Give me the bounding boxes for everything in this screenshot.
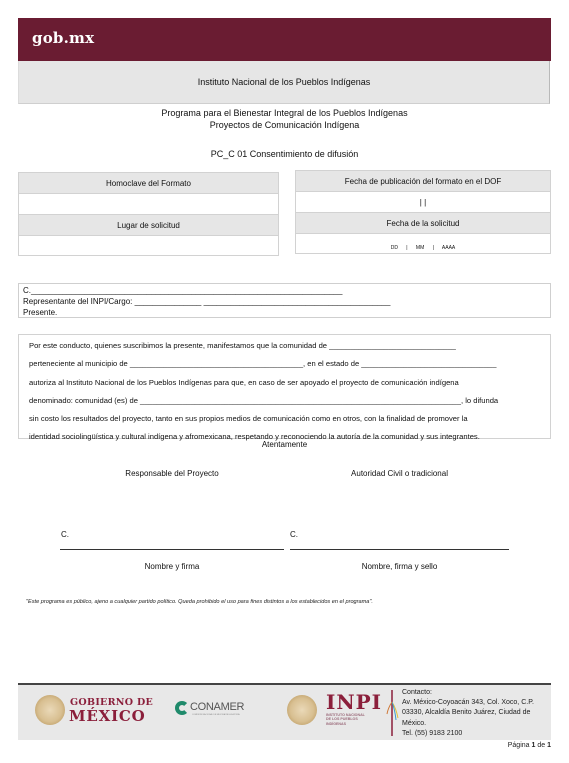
mexico-seal-icon bbox=[35, 695, 65, 725]
authority-caption: Nombre, firma y sello bbox=[290, 562, 509, 571]
body-line: Por este conducto, quienes suscribimos l… bbox=[29, 337, 540, 355]
form-title: PC_C 01 Consentimiento de difusión bbox=[0, 149, 569, 159]
body-line: perteneciente al municipio de __________… bbox=[29, 355, 540, 373]
contact-phone: Tel. (55) 9183 2100 bbox=[402, 729, 534, 739]
institution-band: Instituto Nacional de los Pueblos Indíge… bbox=[18, 61, 550, 104]
header-bar: gob.mx bbox=[18, 18, 551, 61]
page-prefix: Página bbox=[508, 742, 530, 749]
dof-date-label: Fecha de publicación del formato en el D… bbox=[296, 171, 551, 192]
responsible-prefix: C. bbox=[61, 530, 69, 539]
conamer-logo-icon bbox=[175, 701, 189, 715]
mexico-text: MÉXICO bbox=[69, 707, 146, 725]
inpi-text: INPI bbox=[326, 690, 382, 714]
inpi-subtext: INSTITUTO NACIONAL DE LOS PUEBLOS INDÍGE… bbox=[326, 713, 365, 726]
dates-table: Fecha de publicación del formato en el D… bbox=[295, 170, 551, 254]
consent-body: Por este conducto, quienes suscribimos l… bbox=[18, 334, 551, 439]
gob-mx-logo: gob.mx bbox=[32, 29, 94, 47]
responsible-caption: Nombre y firma bbox=[60, 562, 284, 571]
conamer-text: CONAMER bbox=[190, 701, 244, 713]
addressee-present: Presente. bbox=[23, 307, 546, 318]
lugar-label: Lugar de solicitud bbox=[19, 215, 279, 236]
inpi-seal-icon bbox=[287, 695, 317, 725]
lugar-field[interactable] bbox=[19, 236, 279, 256]
request-date-label: Fecha de la solicitud bbox=[296, 213, 551, 234]
contact-info: Contacto: Av. México-Coyoacán 343, Col. … bbox=[402, 688, 534, 739]
body-line: sin costo los resultados del proyecto, t… bbox=[29, 410, 540, 428]
page-current: 1 bbox=[531, 742, 535, 749]
page-total: 1 bbox=[547, 742, 551, 749]
homoclave-field[interactable] bbox=[19, 194, 279, 215]
request-date-field[interactable]: DD | MM | AAAA bbox=[296, 234, 551, 254]
contact-line: 03330, Alcaldía Benito Juárez, Ciudad de bbox=[402, 708, 534, 718]
page-number: Página 1 de 1 bbox=[508, 742, 551, 749]
contact-line: Av. México-Coyoacán 343, Col. Xoco, C.P. bbox=[402, 698, 534, 708]
institution-name: Instituto Nacional de los Pueblos Indíge… bbox=[198, 77, 371, 87]
homoclave-label: Homoclave del Formato bbox=[19, 173, 279, 194]
addressee-cargo-line[interactable]: Representante del INPI/Cargo: __________… bbox=[23, 296, 546, 307]
page-sep: de bbox=[537, 742, 545, 749]
addressee-name-line[interactable]: C.______________________________________… bbox=[23, 285, 546, 296]
authority-signature-line[interactable] bbox=[290, 549, 509, 550]
body-line: denominado: comunidad (es) de __________… bbox=[29, 392, 540, 410]
inpi-sub-line: INDÍGENAS bbox=[326, 722, 365, 726]
conamer-subtext: COMISIÓN NACIONAL DE MEJORA REGULATORIA bbox=[192, 714, 240, 716]
inpi-ribbon-icon bbox=[386, 688, 400, 738]
format-info-table: Homoclave del Formato Lugar de solicitud bbox=[18, 172, 279, 256]
authority-prefix: C. bbox=[290, 530, 298, 539]
closing-text: Atentamente bbox=[0, 440, 569, 449]
disclaimer: "Este programa es público, ajeno a cualq… bbox=[26, 599, 373, 605]
addressee-box: C.______________________________________… bbox=[18, 283, 551, 318]
responsible-title: Responsable del Proyecto bbox=[60, 469, 284, 478]
contact-title: Contacto: bbox=[402, 688, 534, 698]
body-line: autoriza al Instituto Nacional de los Pu… bbox=[29, 374, 540, 392]
authority-title: Autoridad Civil o tradicional bbox=[290, 469, 509, 478]
contact-line: México. bbox=[402, 719, 534, 729]
dof-date-field[interactable]: | | bbox=[296, 192, 551, 213]
responsible-signature-line[interactable] bbox=[60, 549, 284, 550]
project-title: Proyectos de Comunicación Indígena bbox=[0, 120, 569, 130]
program-title: Programa para el Bienestar Integral de l… bbox=[0, 108, 569, 118]
